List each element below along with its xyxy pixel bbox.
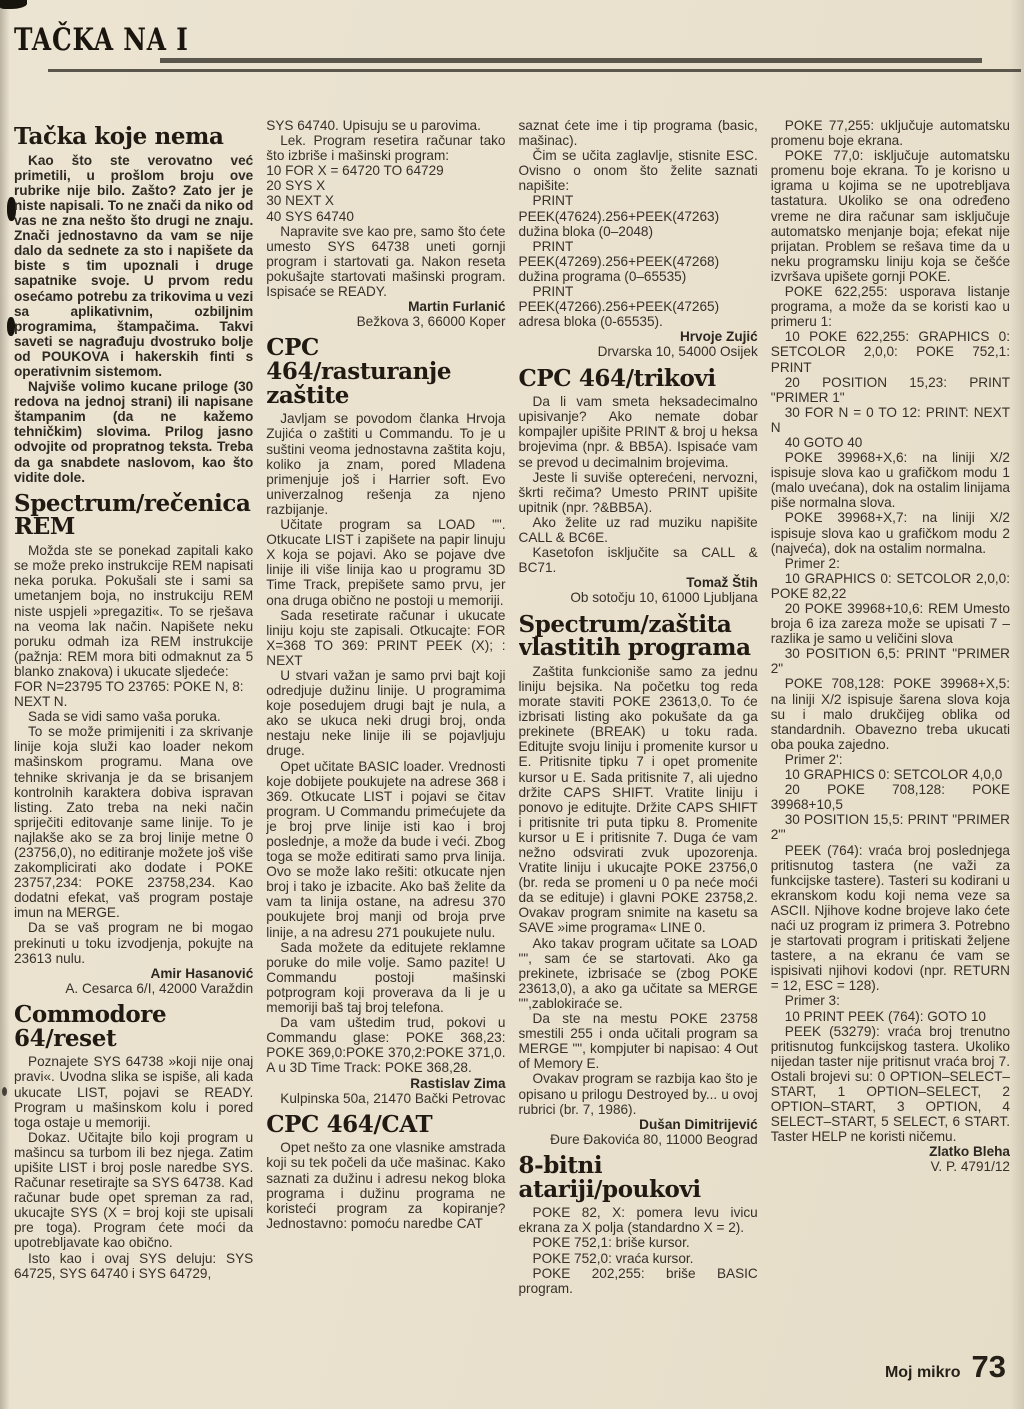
section-heading: CPC 464/rasturanje zaštite bbox=[266, 336, 505, 407]
paragraph: Učitate program sa LOAD "". Otkucate LIS… bbox=[266, 517, 505, 608]
paragraph: Opet nešto za one vlasnike amstrada koji… bbox=[266, 1140, 505, 1231]
paragraph: 10 GRAPHICS 0: SETCOLOR 2,0,0: POKE 82,2… bbox=[771, 571, 1010, 601]
magazine-page: TAČKA NA I Tačka koje nemaKao što ste ve… bbox=[0, 0, 1024, 1409]
article-columns: Tačka koje nemaKao što ste verovatno već… bbox=[14, 118, 1010, 1409]
paragraph: Da vam uštedim trud, pokovi u Commandu g… bbox=[266, 1015, 505, 1075]
paragraph: PEEK (764): vraća broj poslednjega priti… bbox=[771, 843, 1010, 994]
code-line: 30 NEXT X bbox=[266, 193, 505, 208]
rubric-masthead: TAČKA NA I bbox=[14, 22, 189, 58]
paragraph: Ovakav program se razbija kao što je opi… bbox=[519, 1071, 758, 1116]
paragraph: Ako takav program učitate sa LOAD "", sa… bbox=[519, 936, 758, 1011]
paragraph: PRINT PEEK(47269).256+PEEK(47268) dužina… bbox=[519, 239, 758, 284]
paragraph: PRINT PEEK(47624).256+PEEK(47263) dužina… bbox=[519, 193, 758, 238]
paragraph: POKE 752,0: vraća kursor. bbox=[519, 1251, 758, 1266]
paragraph: 30 POSITION 15,5: PRINT "PRIMER 2"' bbox=[771, 812, 1010, 842]
section-heading: Tačka koje nema bbox=[14, 125, 253, 149]
page-number: 73 bbox=[972, 1349, 1006, 1385]
author-address: Ob sotočju 10, 61000 Ljubljana bbox=[519, 590, 758, 605]
paragraph: To se može primijeniti i za skrivanje li… bbox=[14, 724, 253, 920]
paragraph: 10 POKE 622,255: GRAPHICS 0: SETCOLOR 2,… bbox=[771, 329, 1010, 374]
paragraph: Sada resetirate računar i ukucate liniju… bbox=[266, 608, 505, 668]
paragraph: Najviše volimo kucane priloge (30 redova… bbox=[14, 379, 253, 485]
paragraph: 30 FOR N = 0 TO 12: PRINT: NEXT N bbox=[771, 405, 1010, 435]
paragraph: Ako želite uz rad muziku napišite CALL &… bbox=[519, 515, 758, 545]
section-heading: Commodore 64/reset bbox=[14, 1003, 253, 1050]
paragraph: Kasetofon isključite sa CALL & BC71. bbox=[519, 545, 758, 575]
paragraph: POKE 77,0: isključuje automatsku promenu… bbox=[771, 148, 1010, 284]
section-heading: CPC 464/CAT bbox=[266, 1113, 505, 1137]
paragraph: Zaštita funkcioniše samo za jednu liniju… bbox=[519, 664, 758, 936]
code-line: 20 SYS X bbox=[266, 178, 505, 193]
paragraph: Poznajete SYS 64738 »koji nije onaj prav… bbox=[14, 1054, 253, 1129]
author-address: A. Cesarca 6/I, 42000 Varaždin bbox=[14, 981, 253, 996]
masthead-rule-thick bbox=[160, 58, 982, 63]
paragraph: POKE 708,128: POKE 39968+X,5: na liniji … bbox=[771, 676, 1010, 751]
paragraph: Jeste li suviše opterećeni, nervozni, šk… bbox=[519, 470, 758, 515]
scan-artifact bbox=[0, 0, 27, 9]
text-column-2: SYS 64740. Upisuju se u parovima.Lek. Pr… bbox=[266, 118, 505, 1409]
author-address: Kulpinska 50a, 21470 Bački Petrovac bbox=[266, 1091, 505, 1106]
paragraph: 20 POKE 39968+10,6: REM Umesto broja 6 i… bbox=[771, 601, 1010, 646]
paragraph: Javljam se povodom članka Hrvoja Zujića … bbox=[266, 411, 505, 517]
paragraph: Primer 2: bbox=[771, 556, 1010, 571]
paragraph: POKE 39968+X,6: na liniji X/2 ispisuje s… bbox=[771, 450, 1010, 510]
paragraph: Sada možete da editujete reklamne poruke… bbox=[266, 940, 505, 1015]
code-line: 40 SYS 64740 bbox=[266, 209, 505, 224]
paragraph-continuation: SYS 64740. Upisuju se u parovima. bbox=[266, 118, 505, 133]
paragraph: Primer 2': bbox=[771, 752, 1010, 767]
paragraph: Dokaz. Učitajte bilo koji program u maši… bbox=[14, 1130, 253, 1251]
text-column-1: Tačka koje nemaKao što ste verovatno već… bbox=[14, 118, 253, 1409]
paragraph: Primer 3: bbox=[771, 993, 1010, 1008]
paragraph: 10 GRAPHICS 0: SETCOLOR 4,0,0 bbox=[771, 767, 1010, 782]
section-heading: 8-bitni atariji/poukovi bbox=[519, 1154, 758, 1201]
section-heading: CPC 464/trikovi bbox=[519, 367, 758, 391]
masthead-rule-thin bbox=[48, 69, 1021, 72]
author-address: Bežkova 3, 66000 Koper bbox=[266, 314, 505, 329]
code-line: FOR N=23795 TO 23765: POKE N, 8: NEXT N. bbox=[14, 679, 253, 709]
text-column-3: saznat ćete ime i tip programa (basic, m… bbox=[519, 118, 758, 1409]
paragraph: 30 POSITION 6,5: PRINT "PRIMER 2" bbox=[771, 646, 1010, 676]
paragraph: PEEK (53279): vraća broj trenutno pritis… bbox=[771, 1024, 1010, 1145]
scan-artifact bbox=[2, 1087, 7, 1096]
paragraph: PRINT PEEK(47266).256+PEEK(47265) adresa… bbox=[519, 284, 758, 329]
paragraph: U stvari važan je samo prvi bajt koji od… bbox=[266, 668, 505, 759]
paragraph: Sada se vidi samo vaša poruka. bbox=[14, 709, 253, 724]
paragraph: Čim se učita zaglavlje, stisnite ESC. Ov… bbox=[519, 148, 758, 193]
author-name: Amir Hasanović bbox=[14, 966, 253, 981]
paragraph-continuation: saznat ćete ime i tip programa (basic, m… bbox=[519, 118, 758, 148]
paragraph: POKE 752,1: briše kursor. bbox=[519, 1235, 758, 1250]
paragraph: Da li vam smeta heksadecimalno upisivanj… bbox=[519, 394, 758, 469]
paragraph: POKE 202,255: briše BASIC program. bbox=[519, 1266, 758, 1296]
paragraph: POKE 622,255: usporava listanje programa… bbox=[771, 284, 1010, 329]
section-heading: Spectrum/rečenica REM bbox=[14, 492, 253, 539]
text-column-4: POKE 77,255: uključuje automatsku promen… bbox=[771, 118, 1010, 1409]
paragraph: 10 PRINT PEEK (764): GOTO 10 bbox=[771, 1009, 1010, 1024]
page-footer: Moj mikro 73 bbox=[885, 1349, 1006, 1385]
author-name: Dušan Dimitrijević bbox=[519, 1117, 758, 1132]
code-line: 10 FOR X = 64720 TO 64729 bbox=[266, 163, 505, 178]
paragraph: 20 POKE 708,128: POKE 39968+10,5 bbox=[771, 782, 1010, 812]
paragraph: POKE 77,255: uključuje automatsku promen… bbox=[771, 118, 1010, 148]
author-name: Tomaž Štih bbox=[519, 575, 758, 590]
magazine-name: Moj mikro bbox=[885, 1364, 961, 1382]
paragraph: Isto kao i ovaj SYS deluju: SYS 64725, S… bbox=[14, 1251, 253, 1281]
paragraph: 40 GOTO 40 bbox=[771, 435, 1010, 450]
author-address: Drvarska 10, 54000 Osijek bbox=[519, 344, 758, 359]
author-name: Hrvoje Zujić bbox=[519, 329, 758, 344]
author-name: Zlatko Bleha bbox=[771, 1144, 1010, 1159]
author-address: Đure Đakovića 80, 11000 Beograd bbox=[519, 1132, 758, 1147]
paragraph: 20 POSITION 15,23: PRINT "PRIMER 1" bbox=[771, 375, 1010, 405]
paragraph: Da ste na mestu POKE 23758 smestili 255 … bbox=[519, 1011, 758, 1071]
paragraph: Kao što ste verovatno već primetili, u p… bbox=[14, 153, 253, 379]
author-address: V. P. 4791/12 bbox=[771, 1159, 1010, 1174]
section-heading: Spectrum/zaštita vlastitih programa bbox=[519, 613, 758, 660]
paragraph: POKE 39968+X,7: na liniji X/2 ispisuje s… bbox=[771, 510, 1010, 555]
paragraph: POKE 82, X: pomera levu ivicu ekrana za … bbox=[519, 1205, 758, 1235]
paragraph: Da se vaš program ne bi mogao prekinuti … bbox=[14, 920, 253, 965]
author-name: Rastislav Zima bbox=[266, 1076, 505, 1091]
paragraph: Opet učitate BASIC loader. Vrednosti koj… bbox=[266, 759, 505, 940]
author-name: Martin Furlanić bbox=[266, 299, 505, 314]
paragraph: Lek. Program resetira računar tako što i… bbox=[266, 133, 505, 163]
paragraph: Napravite sve kao pre, samo što ćete ume… bbox=[266, 224, 505, 299]
paragraph: Možda ste se ponekad zapitali kako se mo… bbox=[14, 543, 253, 679]
